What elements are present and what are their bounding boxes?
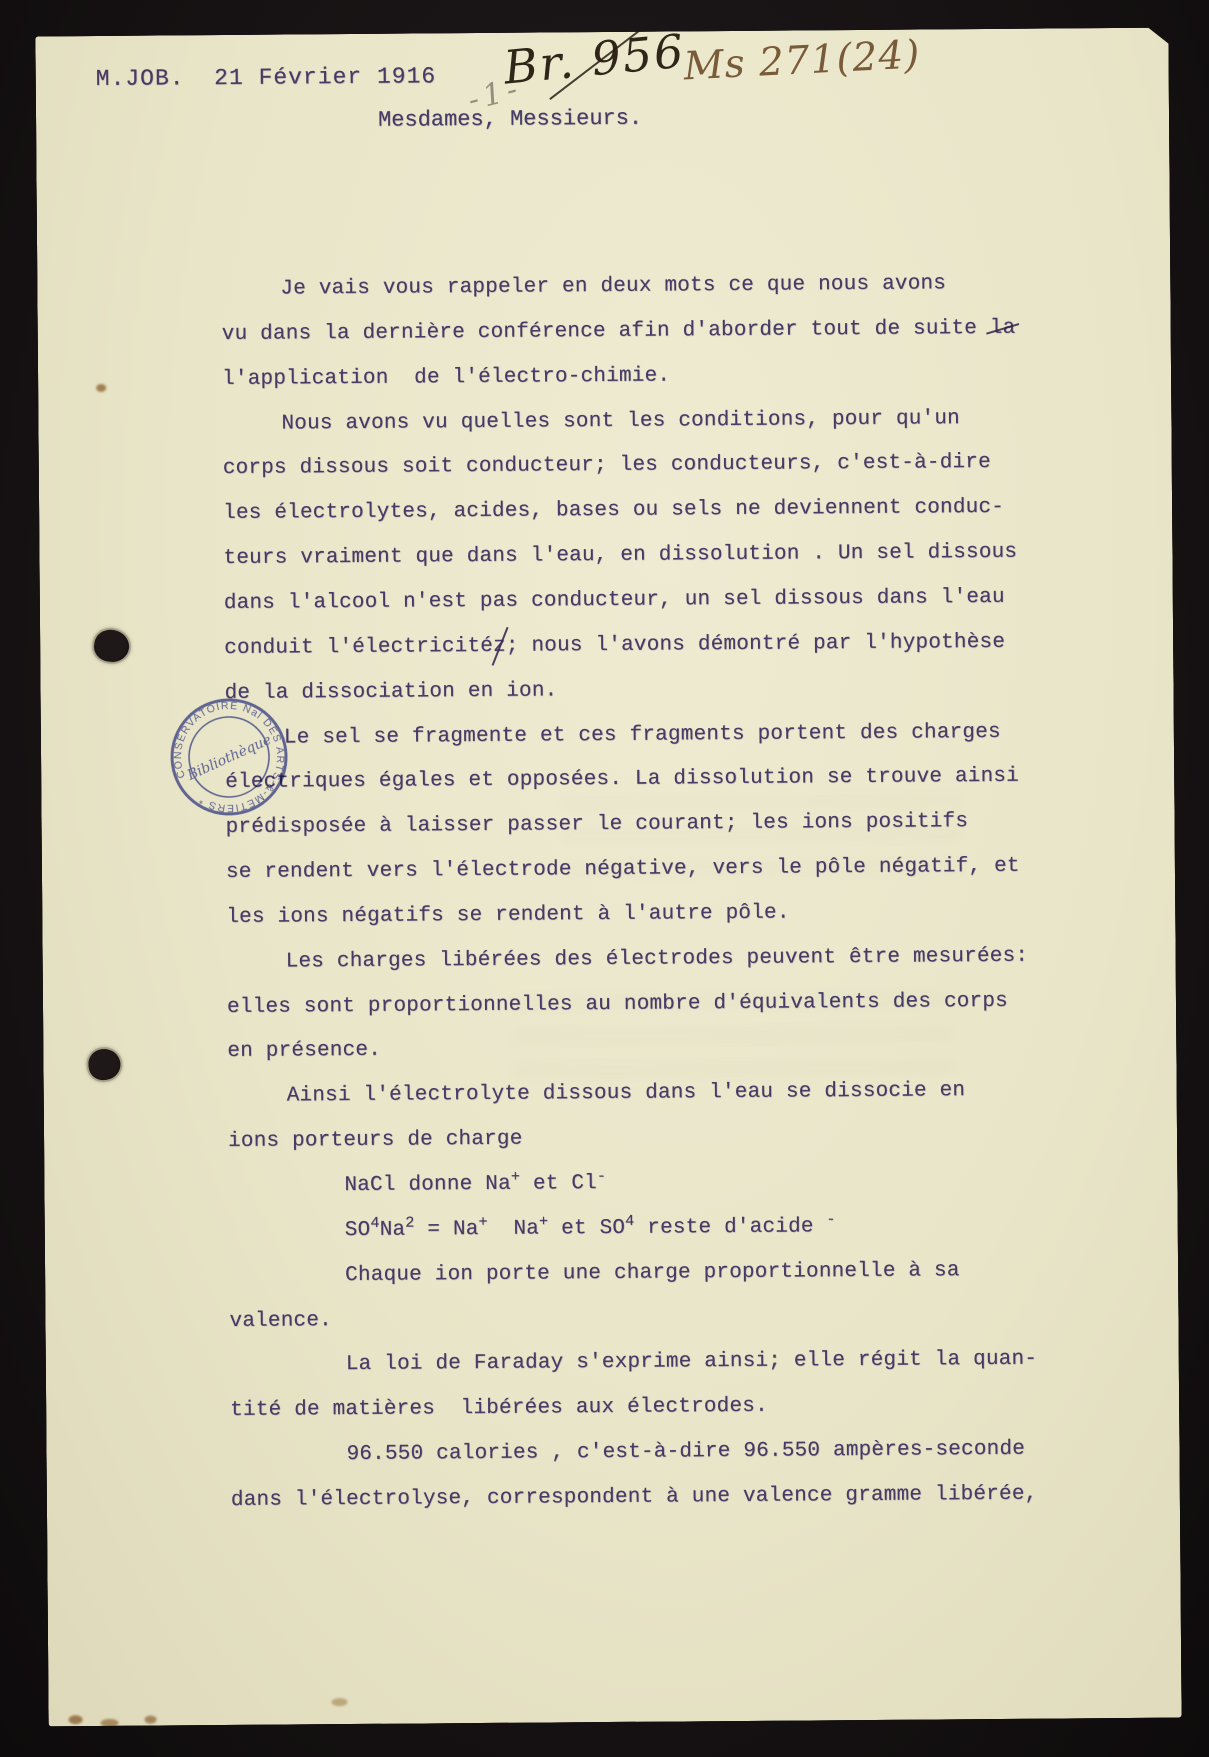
text-segment-sup: 4 <box>625 1212 634 1230</box>
text-segment-slash: z <box>493 632 506 662</box>
text-segment: et SO <box>548 1217 625 1241</box>
text-line: NaCl donne Na+ et Cl- <box>344 1169 606 1201</box>
photograph-background: { "document": { "header": { "author_date… <box>0 0 1209 1757</box>
text-segment: se rendent vers l'électrode négative, ve… <box>226 855 1020 884</box>
text-segment: ions porteurs de charge <box>228 1128 523 1153</box>
text-line: Nous avons vu quelles sont les condition… <box>281 404 960 439</box>
text-line: conduit l'électricitéz; nous l'avons dém… <box>224 628 1005 664</box>
text-segment: reste d'acide <box>634 1215 826 1240</box>
text-segment: les électrolytes, acides, bases ou sels … <box>223 496 1004 525</box>
text-line: prédisposée à laisser passer le courant;… <box>225 807 968 843</box>
text-segment: et Cl <box>520 1172 597 1196</box>
text-line: les électrolytes, acides, bases ou sels … <box>223 493 1004 529</box>
text-line: teurs vraiment que dans l'eau, en dissol… <box>223 538 1017 574</box>
text-segment: valence. <box>229 1309 332 1333</box>
text-segment: dans l'alcool n'est pas conducteur, un s… <box>224 586 1005 615</box>
text-line: les ions négatifs se rendent à l'autre p… <box>226 898 790 932</box>
text-segment: La loi de Faraday s'exprime ainsi; elle … <box>346 1348 1037 1376</box>
text-segment: conduit l'électricité <box>224 635 493 660</box>
text-line: vu dans la dernière conférence afin d'ab… <box>222 314 1016 350</box>
text-segment-sup: + <box>539 1213 548 1231</box>
text-line: l'application de l'électro-chimie. <box>222 361 670 395</box>
text-line: tité de matières libérées aux électrodes… <box>230 1392 768 1426</box>
text-line: Je vais vous rappeler en deux mots ce qu… <box>280 269 946 304</box>
text-segment-struck: la <box>990 314 1016 344</box>
text-segment: NaCl donne Na <box>344 1173 511 1197</box>
text-segment: Le sel se fragmente et ces fragments por… <box>284 720 1001 749</box>
text-segment: elles sont proportionnelles au nombre d'… <box>227 989 1008 1018</box>
text-segment: 96.550 calories , c'est-à-dire 96.550 am… <box>346 1438 1025 1466</box>
text-segment: SO <box>345 1219 371 1242</box>
body-text: Je vais vous rappeler en deux mots ce qu… <box>35 28 1181 1727</box>
text-line: en présence. <box>227 1036 381 1067</box>
text-segment: teurs vraiment que dans l'eau, en dissol… <box>223 541 1017 570</box>
text-segment: prédisposée à laisser passer le courant;… <box>226 810 969 839</box>
text-segment: en présence. <box>227 1039 381 1063</box>
text-segment: Les charges libérées des électrodes peuv… <box>286 944 1029 973</box>
text-line: dans l'alcool n'est pas conducteur, un s… <box>224 583 1005 619</box>
typewritten-page: M.JOB. 21 Février 1916 -1- Br. 956 Ms 27… <box>35 28 1181 1727</box>
text-line: Les charges libérées des électrodes peuv… <box>286 941 1029 977</box>
text-segment-sup: - <box>597 1167 606 1185</box>
text-segment-sup: 4 <box>370 1214 379 1232</box>
text-segment: corps dissous soit conducteur; les condu… <box>223 451 991 480</box>
text-segment: électriques égales et opposées. La disso… <box>225 765 1019 794</box>
text-segment: = Na <box>414 1218 478 1242</box>
text-line: elles sont proportionnelles au nombre d'… <box>227 986 1008 1022</box>
text-segment: ; nous l'avons démontré par l'hypothèse <box>506 631 1005 658</box>
paper-stain <box>331 1698 347 1706</box>
text-segment-sup: + <box>511 1168 520 1186</box>
stamp-center-text: Bibliothèque <box>184 732 274 784</box>
text-segment: Chaque ion porte une charge proportionne… <box>345 1259 960 1287</box>
text-line: SO4Na2 = Na+ Na+ et SO4 reste d'acide - <box>345 1212 836 1246</box>
text-line: ions porteurs de charge <box>228 1125 523 1157</box>
text-segment: vu dans la dernière conférence afin d'ab… <box>222 317 990 346</box>
text-segment: les ions négatifs se rendent à l'autre p… <box>226 901 789 928</box>
text-line: Le sel se fragmente et ces fragments por… <box>284 717 1001 753</box>
text-line: corps dissous soit conducteur; les condu… <box>223 448 991 484</box>
text-segment: Na <box>488 1217 539 1240</box>
text-line: dans l'électrolyse, correspondent à une … <box>231 1480 1038 1516</box>
text-line: électriques égales et opposées. La disso… <box>225 762 1019 798</box>
text-line: valence. <box>229 1306 332 1337</box>
text-line: Chaque ion porte une charge proportionne… <box>345 1256 960 1291</box>
text-segment: l'application de l'électro-chimie. <box>222 364 670 391</box>
text-segment: tité de matières libérées aux électrodes… <box>230 1395 768 1422</box>
text-line: se rendent vers l'électrode négative, ve… <box>226 852 1020 888</box>
text-segment: dans l'électrolyse, correspondent à une … <box>231 1483 1038 1512</box>
text-line: 96.550 calories , c'est-à-dire 96.550 am… <box>346 1435 1025 1470</box>
text-segment-sup: + <box>478 1213 487 1231</box>
text-segment-sup: 2 <box>405 1214 414 1232</box>
text-line: Ainsi l'électrolyte dissous dans l'eau s… <box>287 1077 966 1112</box>
paper-stain <box>69 1715 83 1724</box>
text-segment: Ainsi l'électrolyte dissous dans l'eau s… <box>287 1080 966 1108</box>
text-segment: Na <box>380 1218 406 1241</box>
paper-stain <box>145 1716 157 1724</box>
text-segment: Je vais vous rappeler en deux mots ce qu… <box>280 272 946 300</box>
text-line: La loi de Faraday s'exprime ainsi; elle … <box>346 1345 1038 1380</box>
text-segment: Nous avons vu quelles sont les condition… <box>281 407 960 435</box>
text-segment-sup: - <box>826 1211 835 1229</box>
paper-stain <box>96 384 106 392</box>
